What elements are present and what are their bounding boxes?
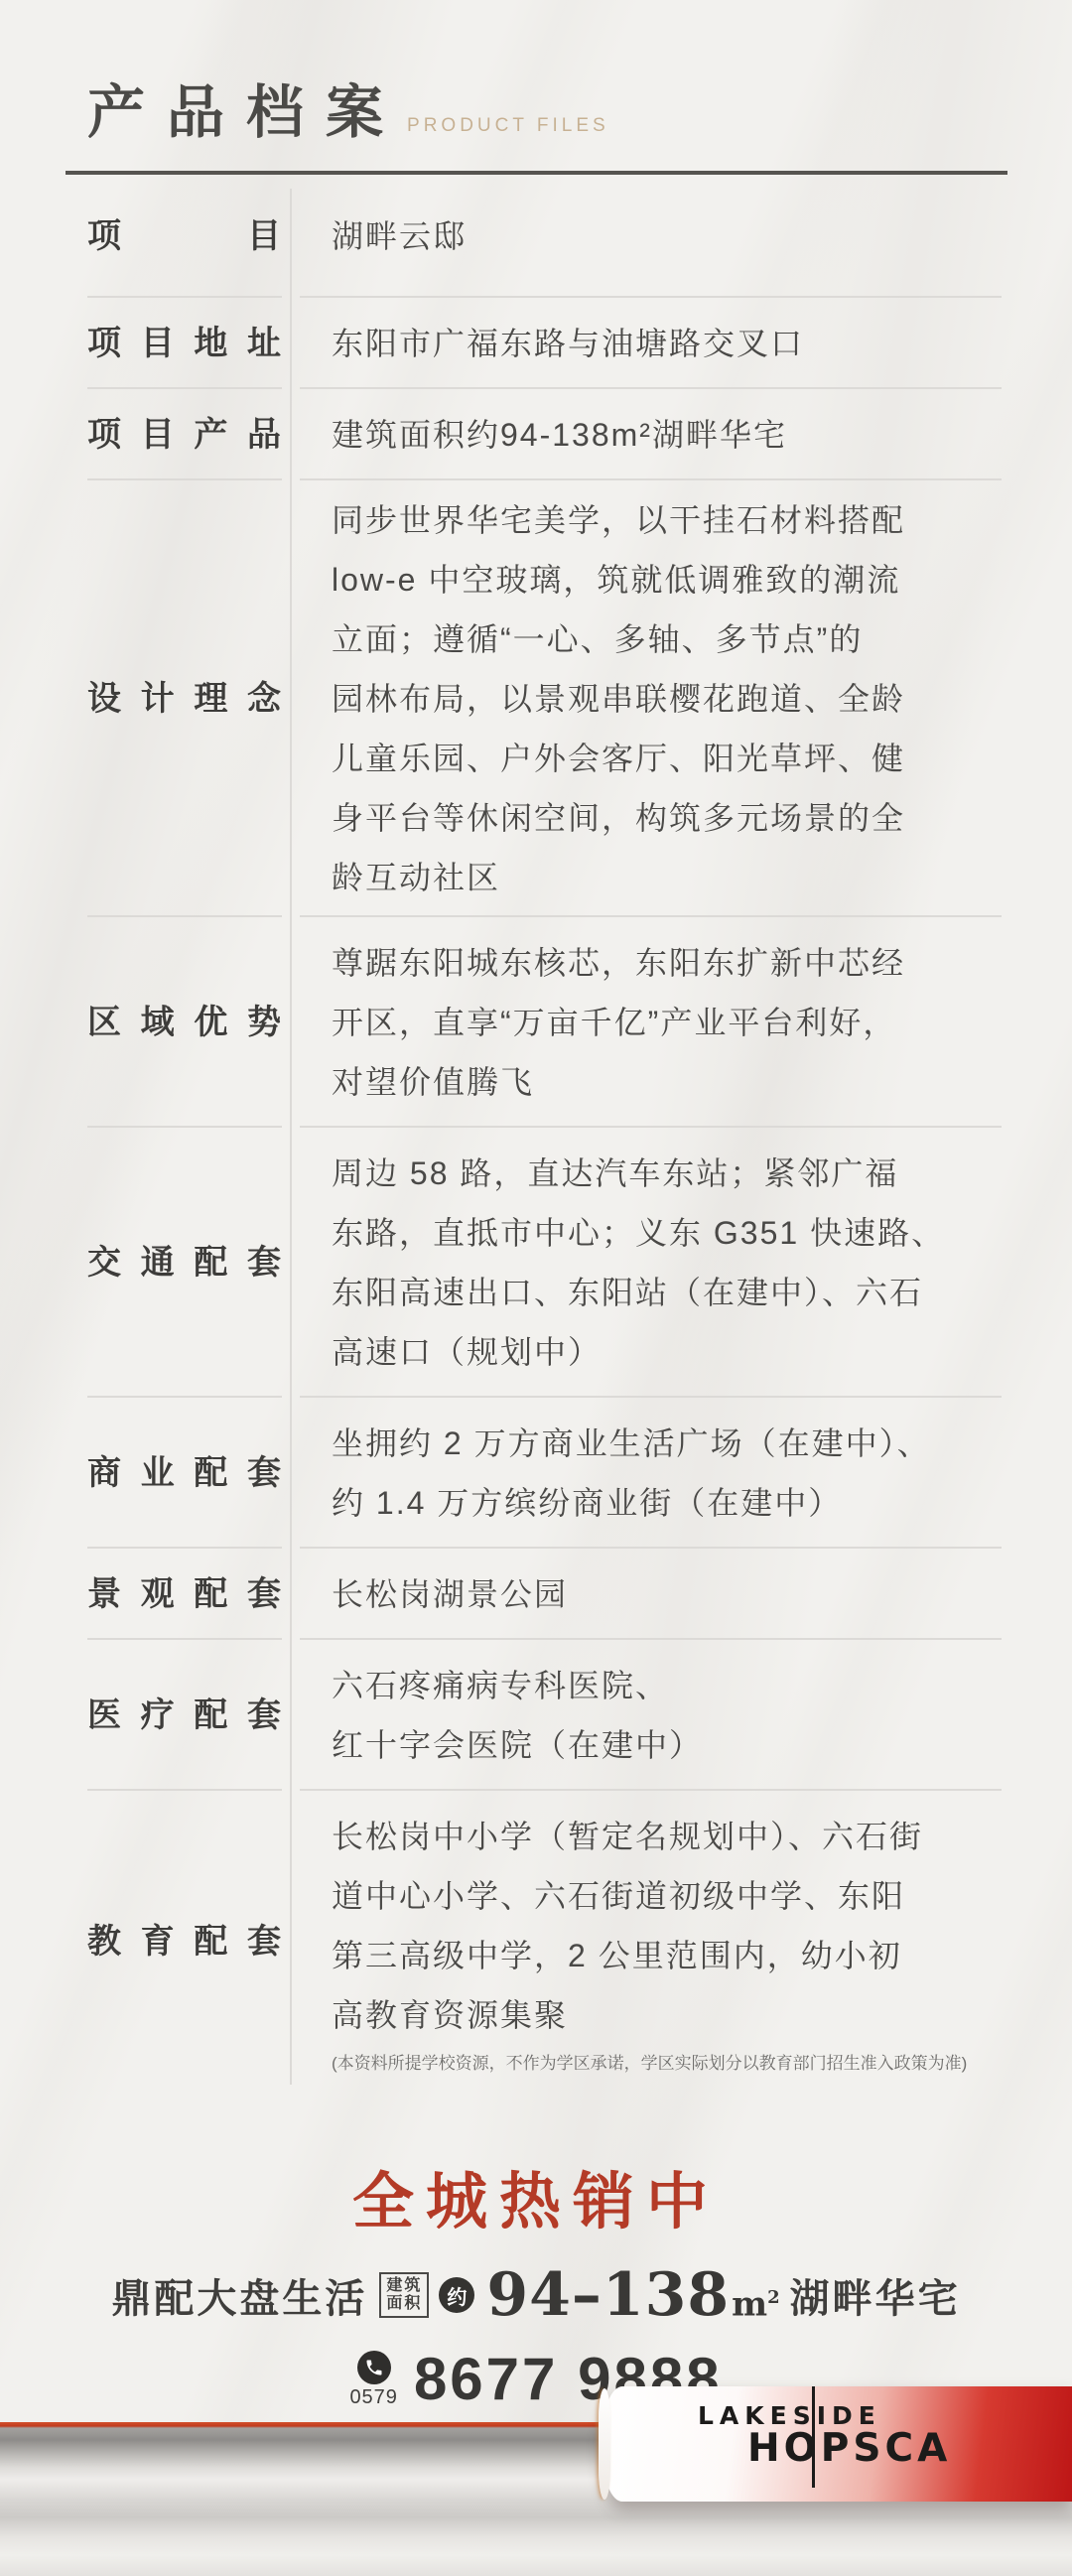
row-label: 项目地址 <box>87 322 282 365</box>
table-row: 项目 湖畔云邸 <box>87 175 1002 298</box>
table-row: 项目地址 东阳市广福东路与油塘路交叉口 <box>87 298 1002 389</box>
row-label: 项目 <box>87 214 282 258</box>
table-row: 景观配套 长松岗湖景公园 <box>87 1549 1002 1640</box>
area-note-line1: 建筑 <box>386 2277 422 2295</box>
area-range: 94–138 <box>486 2265 730 2325</box>
brand-banner: LAKESIDE HOPSCA <box>0 2387 1072 2576</box>
row-content: 同步世界华宅美学，以干挂石材料搭配 low-e 中空玻璃，筑就低调雅致的潮流 立… <box>294 490 1002 907</box>
brand-logo-line2: HOPSCA <box>747 2428 1072 2470</box>
product-files-poster: 产品档案 PRODUCT FILES 项目 湖畔云邸 项目地址 东阳市广福东路与… <box>0 0 1072 2576</box>
table-row: 项目产品 建筑面积约94-138m²湖畔华宅 <box>87 389 1002 480</box>
row-label: 教育配套 <box>87 1920 282 1964</box>
row-content: 长松岗湖景公园 <box>294 1564 1002 1624</box>
page-title: 产品档案 <box>87 83 405 143</box>
table-row: 商业配套 坐拥约 2 万方商业生活广场（在建中）、 约 1.4 万方缤纷商业街（… <box>87 1398 1002 1549</box>
row-label: 项目产品 <box>87 413 282 457</box>
brand-logo: LAKESIDE HOPSCA <box>603 2402 1072 2470</box>
row-label: 医疗配套 <box>87 1694 282 1737</box>
row-label: 景观配套 <box>87 1572 282 1616</box>
table-row: 交通配套 周边 58 路，直达汽车东站；紧邻广福 东路，直抵市中心；义东 G35… <box>87 1128 1002 1398</box>
page-subtitle: PRODUCT FILES <box>407 115 609 137</box>
tagline-prefix: 鼎配大盘生活 <box>111 2267 367 2324</box>
school-disclaimer: (本资料所提学校资源，不作为学区承诺，学区实际划分以教育部门招生准入政策为准) <box>332 2051 1002 2077</box>
row-content: 建筑面积约94-138m²湖畔华宅 <box>294 405 1002 465</box>
row-content: 周边 58 路，直达汽车东站；紧邻广福 东路，直抵市中心；义东 G351 快速路… <box>294 1144 1002 1382</box>
phone-icon <box>357 2351 391 2384</box>
table-row: 教育配套 长松岗中小学（暂定名规划中）、六石街 道中心小学、六石街道初级中学、东… <box>87 1791 1002 2093</box>
row-content: 湖畔云邸 <box>294 206 1002 266</box>
row-content: 六石疼痛病专科医院、 红十字会医院（在建中） <box>294 1656 1002 1775</box>
header: 产品档案 PRODUCT FILES <box>87 83 1007 175</box>
spec-table: 项目 湖畔云邸 项目地址 东阳市广福东路与油塘路交叉口 项目产品 建筑面积约94… <box>87 175 1002 2093</box>
row-content: 尊踞东阳城东核芯，东阳东扩新中芯经 开区，直享“万亩千亿”产业平台利好， 对望价… <box>294 933 1002 1112</box>
row-content: 坐拥约 2 万方商业生活广场（在建中）、 约 1.4 万方缤纷商业街（在建中） <box>294 1414 1002 1533</box>
row-label: 商业配套 <box>87 1451 282 1495</box>
row-content: 长松岗中小学（暂定名规划中）、六石街 道中心小学、六石街道初级中学、东阳 第三高… <box>294 1807 1002 2077</box>
area-note-line2: 面积 <box>386 2295 422 2313</box>
brand-flag: LAKESIDE HOPSCA <box>603 2386 1072 2502</box>
row-content: 东阳市广福东路与油塘路交叉口 <box>294 314 1002 373</box>
area-unit: m2 <box>732 2281 780 2321</box>
table-row: 设计理念 同步世界华宅美学，以干挂石材料搭配 low-e 中空玻璃，筑就低调雅致… <box>87 480 1002 917</box>
tagline-suffix: 湖畔华宅 <box>790 2267 961 2324</box>
area-note-box: 建筑 面积 <box>379 2272 429 2318</box>
hot-sale-title: 全城热销中 <box>0 2170 1072 2236</box>
table-row: 医疗配套 六石疼痛病专科医院、 红十字会医院（在建中） <box>87 1640 1002 1791</box>
row-label: 设计理念 <box>87 677 282 721</box>
tagline: 鼎配大盘生活 建筑 面积 约 94–138 m2 湖畔华宅 <box>0 2265 1072 2325</box>
row-label: 交通配套 <box>87 1241 282 1285</box>
table-row: 区域优势 尊踞东阳城东核芯，东阳东扩新中芯经 开区，直享“万亩千亿”产业平台利好… <box>87 917 1002 1128</box>
approx-badge: 约 <box>439 2277 474 2313</box>
brand-logo-bar <box>812 2386 815 2488</box>
row-label: 区域优势 <box>87 1001 282 1044</box>
